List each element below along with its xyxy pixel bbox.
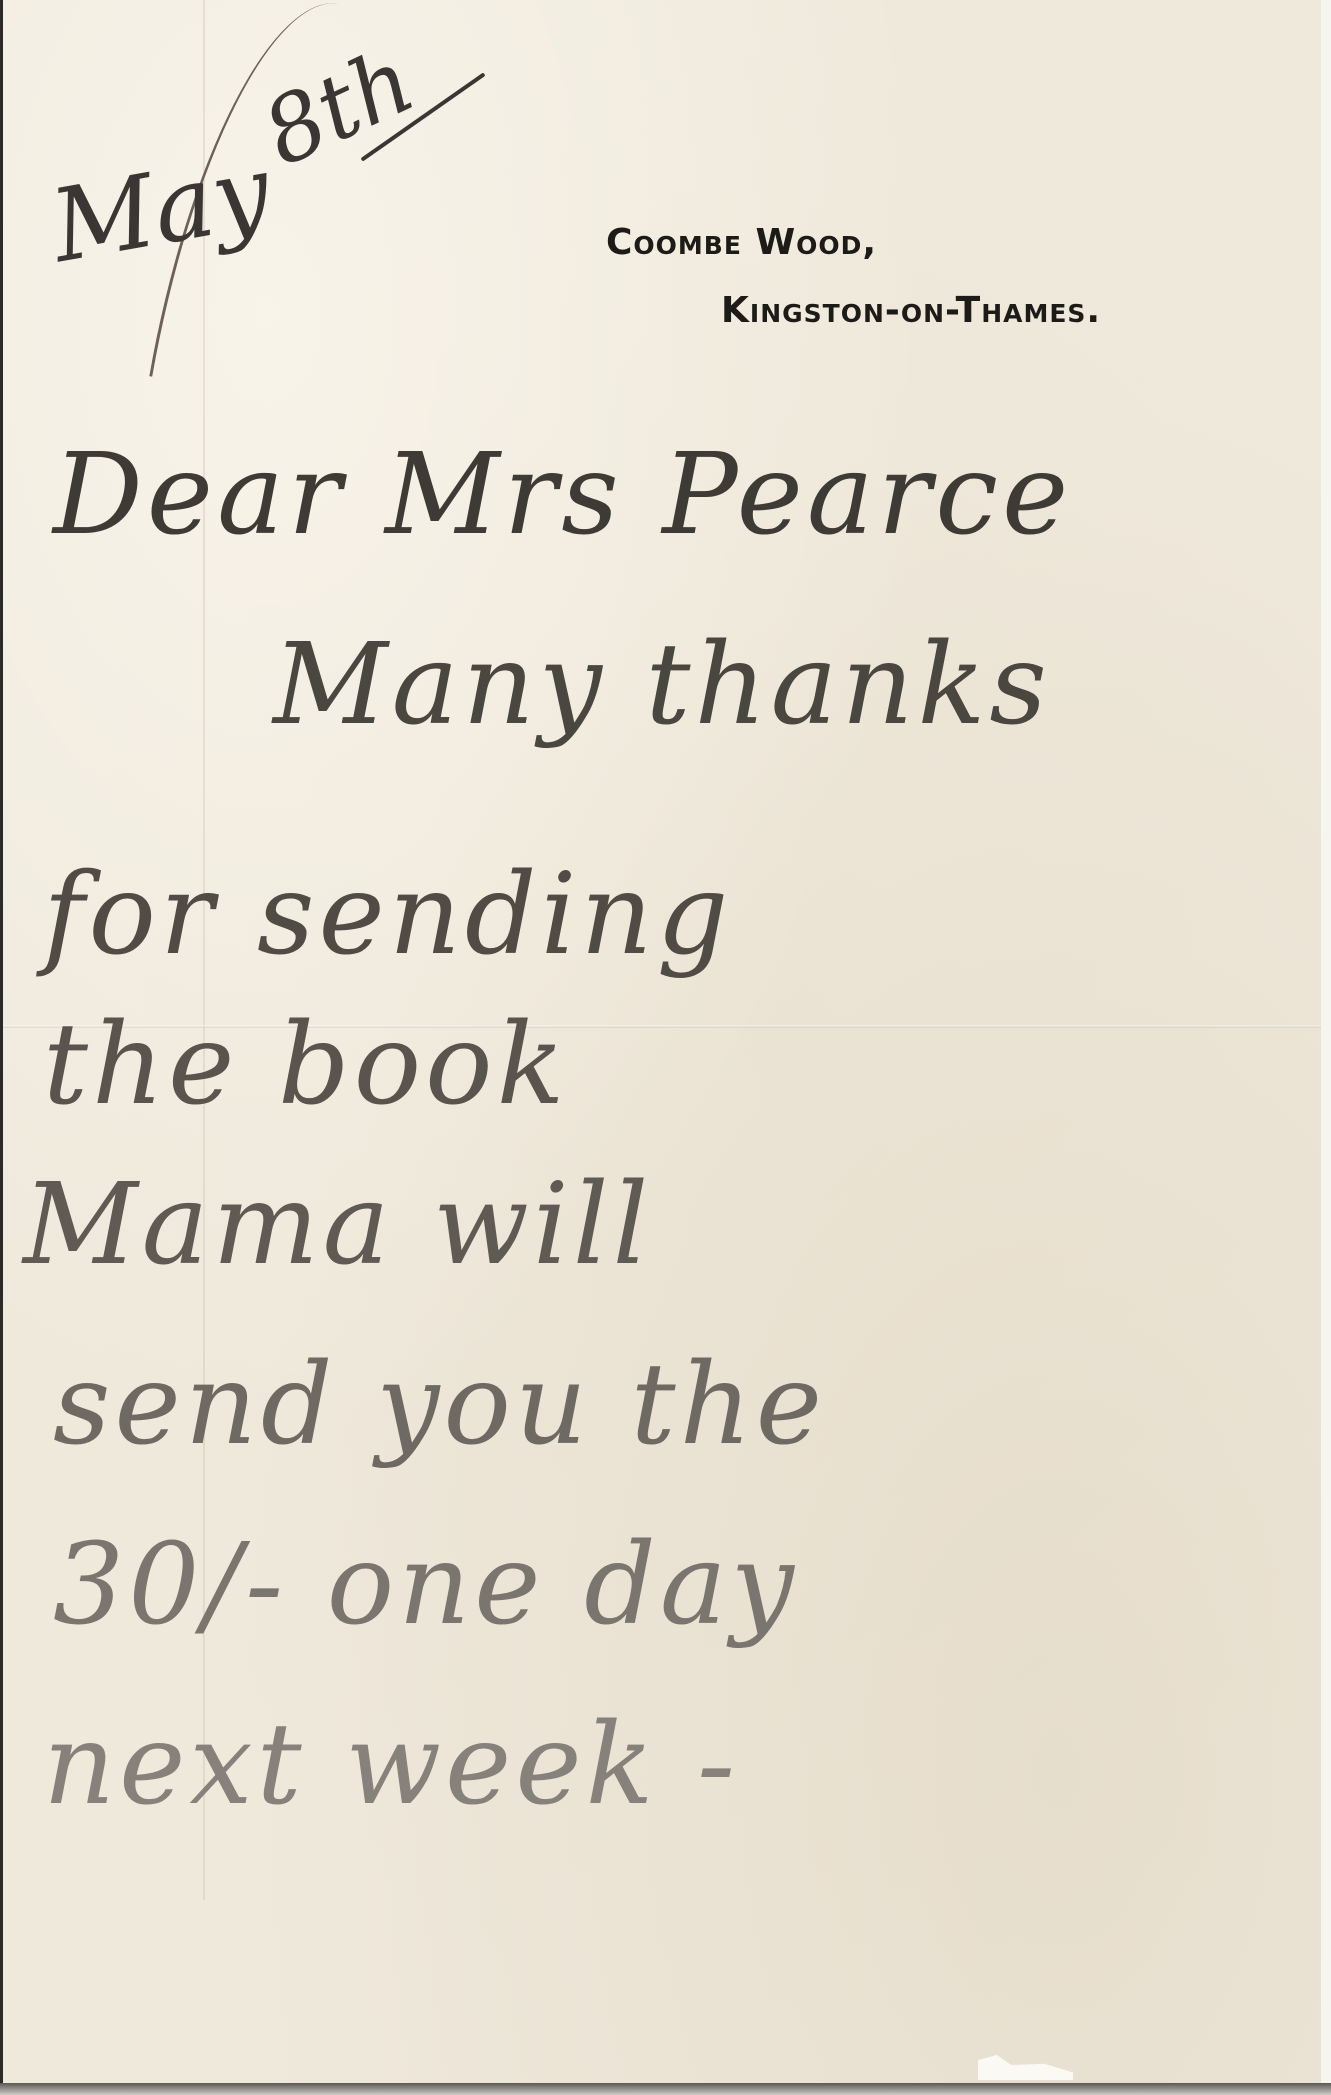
salutation: Dear Mrs Pearce (53, 430, 1072, 560)
body-line-7: next week - (43, 1700, 739, 1830)
body-line-1: Many thanks (273, 620, 1051, 750)
letterhead-house-name: Coombe Wood, (606, 222, 877, 263)
body-line-5: send you the (53, 1340, 826, 1470)
scan-edge-bottom (0, 2083, 1331, 2095)
body-line-4: Mama will (23, 1160, 652, 1290)
body-line-6: 30/- one day (53, 1520, 798, 1650)
paper-tear (978, 2055, 1073, 2080)
body-line-3: the book (43, 1000, 568, 1130)
scan-edge-right (1321, 0, 1331, 2095)
letterhead-town: Kingston-on-Thames. (721, 290, 1101, 331)
letter-page: May 8th Coombe Wood, Kingston-on-Thames.… (3, 0, 1321, 2083)
body-line-2: for sending (43, 850, 732, 980)
